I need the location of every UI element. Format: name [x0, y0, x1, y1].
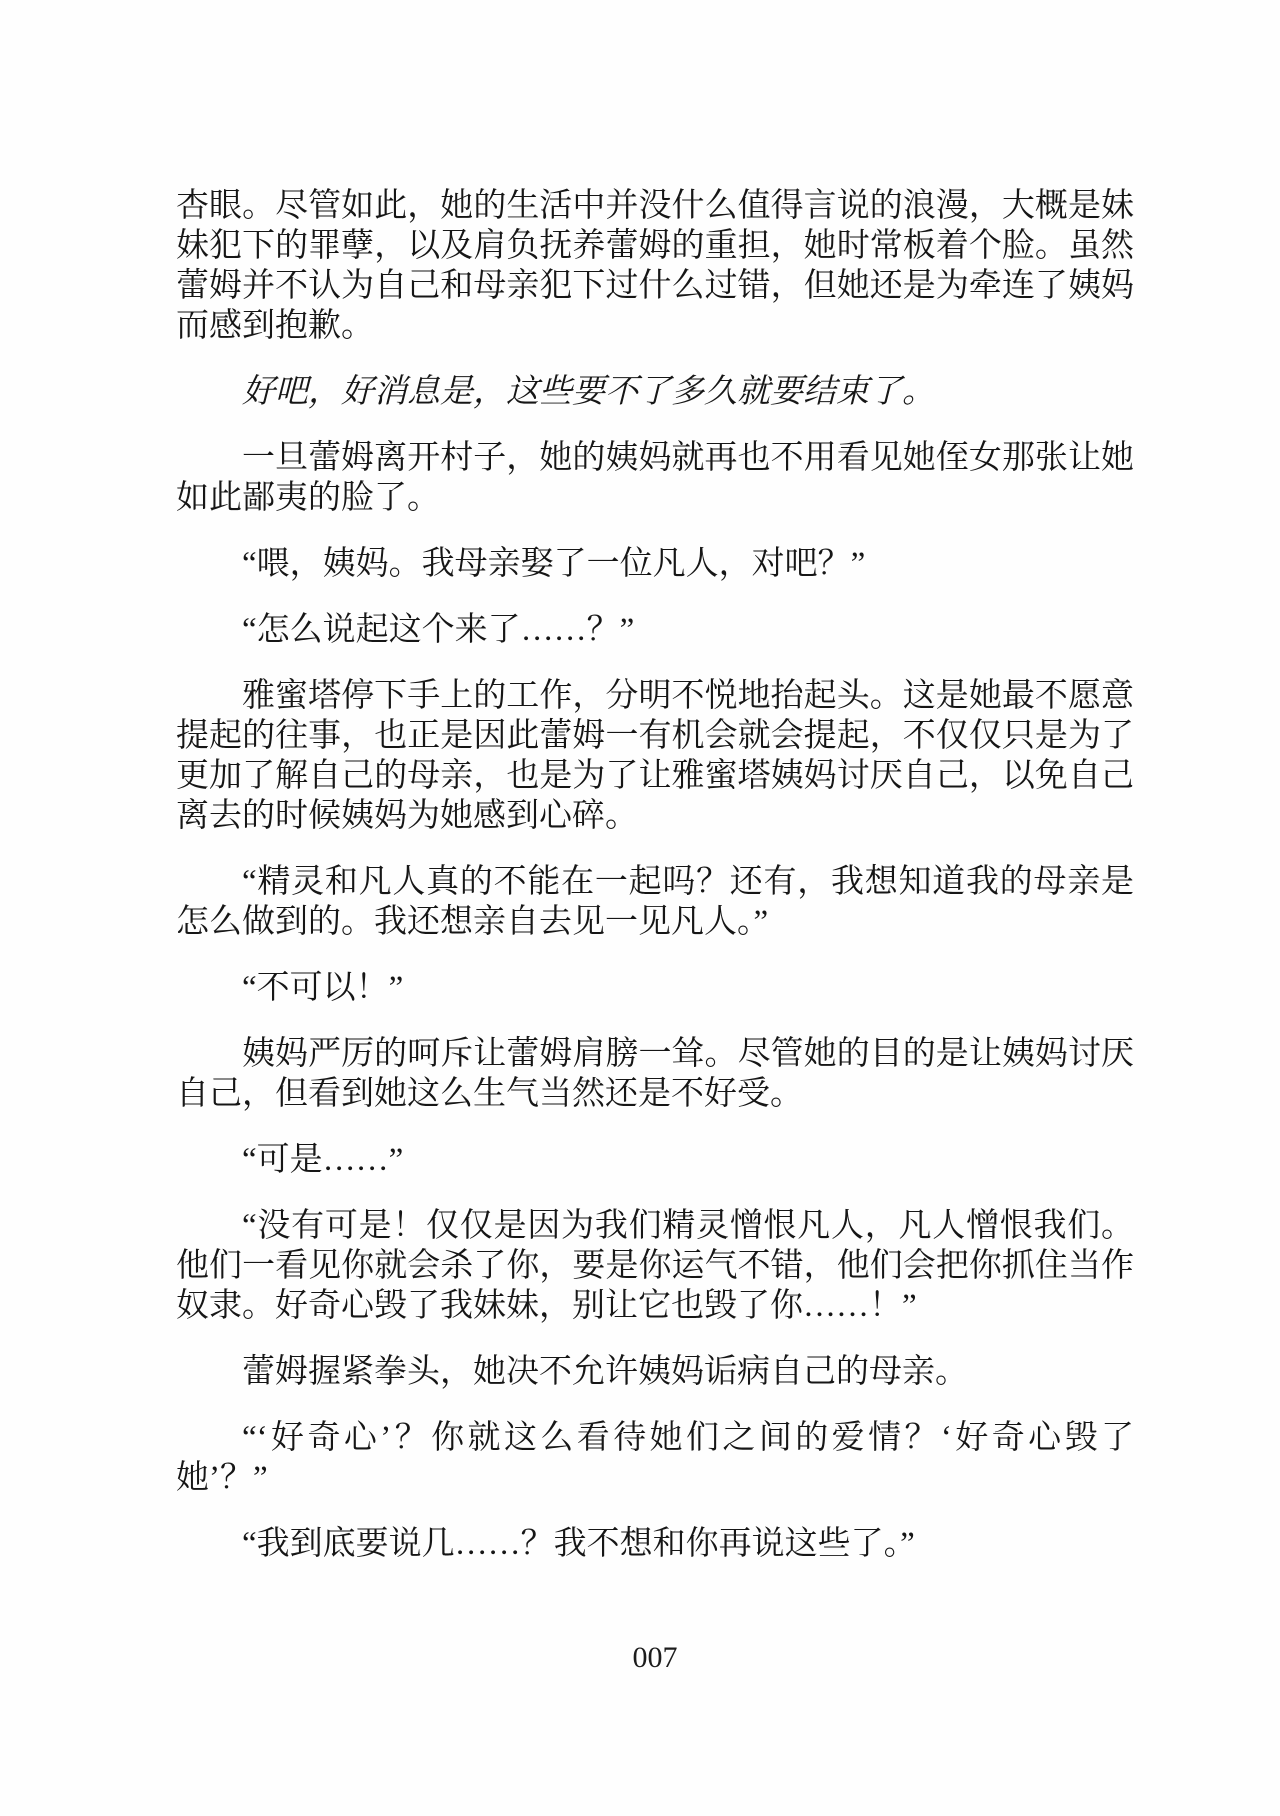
paragraph: 一旦蕾姆离开村子，她的姨妈就再也不用看见她侄女那张让她如此鄙夷的脸了。	[176, 438, 1134, 518]
paragraph-inner-monologue: 好吧，好消息是，这些要不了多久就要结束了。	[176, 372, 1134, 412]
page-text-block: 杏眼。尽管如此，她的生活中并没什么值得言说的浪漫，大概是妹妹犯下的罪孽，以及肩负…	[176, 186, 1134, 1590]
paragraph: 姨妈严厉的呵斥让蕾姆肩膀一耸。尽管她的目的是让姨妈讨厌自己，但看到她这么生气当然…	[176, 1034, 1134, 1114]
paragraph-dialogue: “精灵和凡人真的不能在一起吗？还有，我想知道我的母亲是怎么做到的。我还想亲自去见…	[176, 862, 1134, 942]
paragraph-dialogue: “没有可是！仅仅是因为我们精灵憎恨凡人，凡人憎恨我们。他们一看见你就会杀了你，要…	[176, 1206, 1134, 1326]
paragraph-dialogue: “我到底要说几……？我不想和你再说这些了。”	[176, 1524, 1134, 1564]
paragraph-dialogue: “喂，姨妈。我母亲娶了一位凡人，对吧？”	[176, 544, 1134, 584]
paragraph: 雅蜜塔停下手上的工作，分明不悦地抬起头。这是她最不愿意提起的往事，也正是因此蕾姆…	[176, 676, 1134, 836]
page-number: 007	[176, 1641, 1134, 1675]
paragraph: 杏眼。尽管如此，她的生活中并没什么值得言说的浪漫，大概是妹妹犯下的罪孽，以及肩负…	[176, 186, 1134, 346]
scanned-book-page: { "document": { "page_number": "007", "p…	[0, 0, 1280, 1816]
paragraph-dialogue: “‘好奇心’？你就这么看待她们之间的爱情？‘好奇心毁了她’？”	[176, 1418, 1134, 1498]
paragraph: 蕾姆握紧拳头，她决不允许姨妈诟病自己的母亲。	[176, 1352, 1134, 1392]
paragraph-dialogue: “可是……”	[176, 1140, 1134, 1180]
paragraph-dialogue: “不可以！”	[176, 968, 1134, 1008]
paragraph-dialogue: “怎么说起这个来了……？”	[176, 610, 1134, 650]
